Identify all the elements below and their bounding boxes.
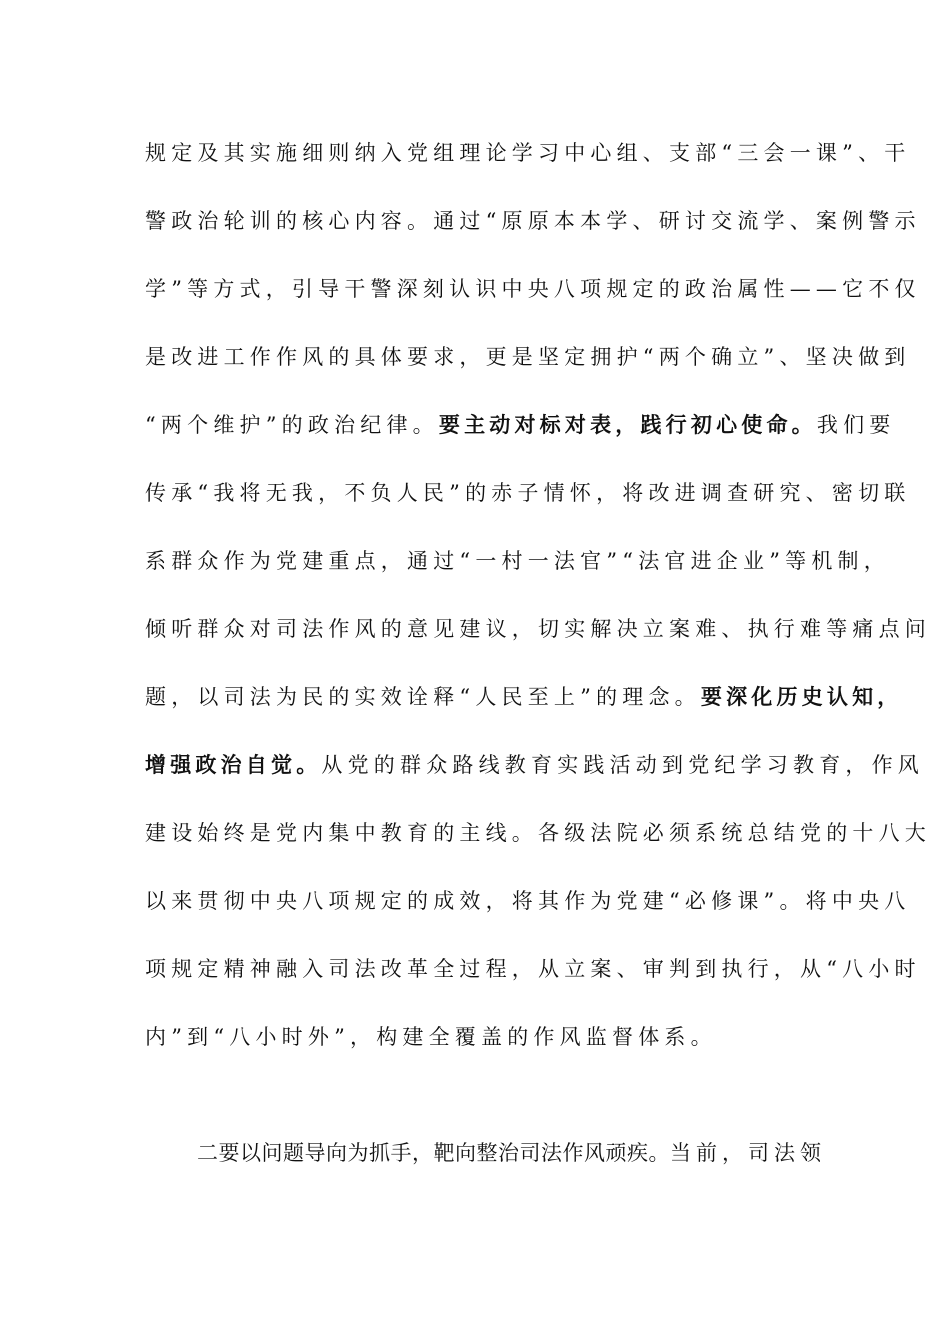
bold-key-point: 要主动对标对表，践行初心使命。 xyxy=(439,413,817,437)
text-run: 以来贯彻中央八项规定的成效，将其作为党建“必修课”。将中央八 xyxy=(145,889,910,913)
bold-key-point: 要深化历史认知， xyxy=(701,685,903,709)
section-heading: 二要以问题导向为抓手，靶向整治司法作风顽疾。 xyxy=(197,1141,670,1165)
paragraph-1: 规定及其实施细则纳入党组理论学习中心组、支部“三会一课”、干 警政治轮训的核心内… xyxy=(145,119,809,1071)
text-run: 我们要 xyxy=(817,413,896,437)
text-line: 学”等方式，引导干警深刻认识中央八项规定的政治属性——它不仅 xyxy=(145,255,809,323)
bold-key-point: 增强政治自觉。 xyxy=(145,753,321,777)
text-run: 项规定精神融入司法改革全过程，从立案、审判到执行，从“八小时 xyxy=(145,957,921,981)
text-line: 内”到“八小时外”，构建全覆盖的作风监督体系。 xyxy=(145,1003,809,1071)
text-line: 是改进工作作风的具体要求，更是坚定拥护“两个确立”、坚决做到 xyxy=(145,323,809,391)
text-run: 是改进工作作风的具体要求，更是坚定拥护“两个确立”、坚决做到 xyxy=(145,345,910,369)
text-line: 系群众作为党建重点，通过“一村一法官”“法官进企业”等机制， xyxy=(145,527,809,595)
text-line: 增强政治自觉。从党的群众路线教育实践活动到党纪学习教育，作风 xyxy=(145,731,809,799)
text-run: 当前，司法领 xyxy=(670,1141,826,1165)
text-line: “两个维护”的政治纪律。要主动对标对表，践行初心使命。我们要 xyxy=(145,391,809,459)
text-run: 系群众作为党建重点，通过“一村一法官”“法官进企业”等机制， xyxy=(145,549,890,573)
text-run: 警政治轮训的核心内容。通过“原原本本学、研讨交流学、案例警示 xyxy=(145,209,921,233)
text-run: 从党的群众路线教育实践活动到党纪学习教育，作风 xyxy=(321,753,924,777)
text-line: 规定及其实施细则纳入党组理论学习中心组、支部“三会一课”、干 xyxy=(145,119,809,187)
text-run: “两个维护”的政治纪律。 xyxy=(145,413,439,437)
text-line: 以来贯彻中央八项规定的成效，将其作为党建“必修课”。将中央八 xyxy=(145,867,809,935)
text-line: 二要以问题导向为抓手，靶向整治司法作风顽疾。当前，司法领 xyxy=(145,1119,809,1187)
text-line: 项规定精神融入司法改革全过程，从立案、审判到执行，从“八小时 xyxy=(145,935,809,1003)
paragraph-2: 二要以问题导向为抓手，靶向整治司法作风顽疾。当前，司法领 xyxy=(145,1119,809,1187)
document-page: 规定及其实施细则纳入党组理论学习中心组、支部“三会一课”、干 警政治轮训的核心内… xyxy=(0,0,950,1344)
text-line: 建设始终是党内集中教育的主线。各级法院必须系统总结党的十八大 xyxy=(145,799,809,867)
text-line: 传承“我将无我，不负人民”的赤子情怀，将改进调查研究、密切联 xyxy=(145,459,809,527)
text-run: 学”等方式，引导干警深刻认识中央八项规定的政治属性——它不仅 xyxy=(145,277,921,301)
text-run: 传承“我将无我，不负人民”的赤子情怀，将改进调查研究、密切联 xyxy=(145,481,910,505)
text-line: 题，以司法为民的实效诠释“人民至上”的理念。要深化历史认知， xyxy=(145,663,809,731)
text-run: 建设始终是党内集中教育的主线。各级法院必须系统总结党的十八大 xyxy=(145,821,931,845)
text-line: 警政治轮训的核心内容。通过“原原本本学、研讨交流学、案例警示 xyxy=(145,187,809,255)
text-run: 规定及其实施细则纳入党组理论学习中心组、支部“三会一课”、干 xyxy=(145,141,910,165)
text-run: 题，以司法为民的实效诠释“人民至上”的理念。 xyxy=(145,685,701,709)
text-run: 内”到“八小时外”，构建全覆盖的作风监督体系。 xyxy=(145,1025,717,1049)
text-line: 倾听群众对司法作风的意见建议，切实解决立案难、执行难等痛点问 xyxy=(145,595,809,663)
text-run: 倾听群众对司法作风的意见建议，切实解决立案难、执行难等痛点问 xyxy=(145,617,931,641)
